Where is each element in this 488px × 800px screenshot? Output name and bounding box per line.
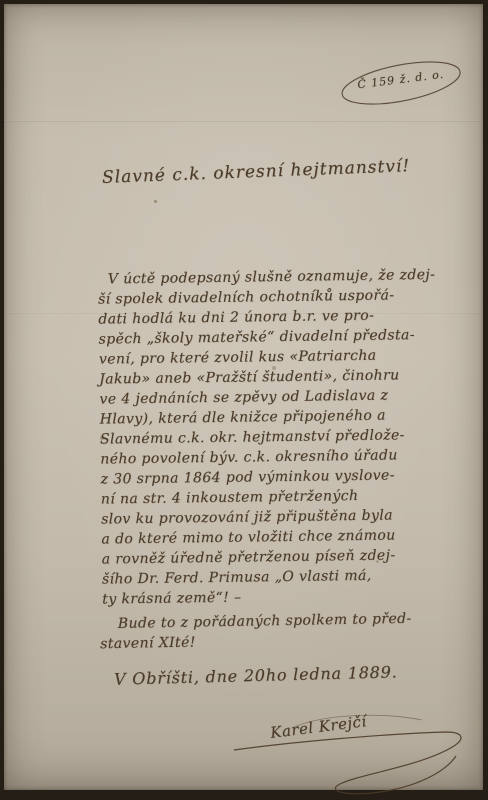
paper-speck — [154, 200, 157, 203]
photo-border: Č 159 ž. d. o. Slavné c.k. okresní hejtm… — [0, 0, 488, 800]
paper-crease — [4, 120, 483, 122]
filing-notation: Č 159 ž. d. o. — [334, 48, 467, 115]
handwritten-line: ty krásná země“! – — [102, 584, 468, 609]
salutation: Slavné c.k. okresní hejtmanství! — [102, 156, 411, 188]
letter-closing: Bude to z pořádaných spolkem to před-sta… — [100, 608, 467, 654]
dateline: V Obříšti, dne 20ho ledna 1889. — [114, 662, 398, 688]
letter-paper: Č 159 ž. d. o. Slavné c.k. okresní hejtm… — [4, 4, 483, 790]
signature-block: Karel Krejčí — [232, 704, 467, 799]
letter-body: V úctě podepsaný slušně oznamuje, že zde… — [98, 264, 469, 609]
